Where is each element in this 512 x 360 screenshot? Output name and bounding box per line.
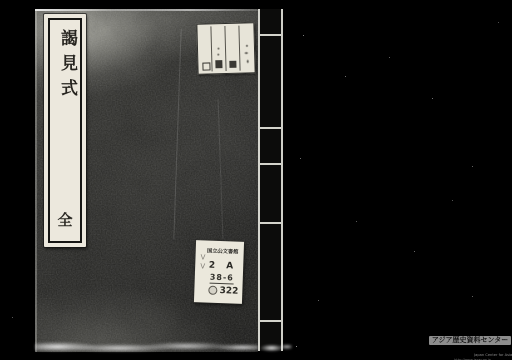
slip-stamp-mark	[229, 61, 236, 68]
book-title-text: 謁見式	[50, 29, 80, 104]
institution-header: 国立公文書館	[196, 241, 244, 251]
stitch-divider	[260, 320, 281, 322]
slip-illegible-characters	[215, 46, 222, 58]
header-dots	[216, 251, 226, 253]
slip-stamp-mark	[215, 60, 222, 68]
left-edge-highlight	[35, 9, 37, 352]
slip-column-divider	[238, 26, 240, 71]
watermark-japanese-line: アジア歴史資料センター	[429, 336, 511, 345]
spine-stitch-strip	[258, 9, 283, 351]
handwritten-marks: V V	[198, 253, 208, 271]
stitch-divider	[260, 34, 281, 36]
stitch-divider	[260, 127, 281, 129]
call-number-line-3: 322	[208, 286, 238, 297]
scanned-book-photo: 謁見式 全 国立公文書館 V V 2 A 38-6	[0, 0, 512, 360]
classification-slip	[196, 22, 255, 75]
slip-column-divider	[210, 26, 212, 71]
dust-specks	[0, 0, 1, 1]
spine-bottom-highlight	[258, 342, 292, 354]
volume-marker-text: 全	[50, 209, 80, 230]
bottom-edge-highlight	[35, 339, 258, 352]
stitch-divider	[260, 163, 281, 165]
slip-stamp-mark	[202, 62, 210, 70]
title-label-frame: 謁見式 全	[48, 18, 82, 243]
cover-scratch	[173, 29, 181, 239]
call-number-label: 国立公文書館 V V 2 A 38-6 322	[194, 240, 244, 304]
cover-scratch	[218, 99, 224, 239]
top-edge-highlight	[35, 9, 258, 11]
call-number-line-1: 2 A	[209, 261, 238, 272]
stitch-divider	[260, 222, 281, 224]
call-number-line-2: 38-6	[210, 273, 234, 285]
book-cover: 謁見式 全 国立公文書館 V V 2 A 38-6	[35, 9, 258, 352]
title-label: 謁見式 全	[44, 14, 86, 247]
slip-column-divider	[224, 26, 226, 71]
stamp-circle-icon	[208, 286, 217, 295]
slip-illegible-characters	[243, 43, 252, 67]
archive-watermark: アジア歴史資料センター Japan Center for Asian Histo…	[429, 336, 511, 355]
